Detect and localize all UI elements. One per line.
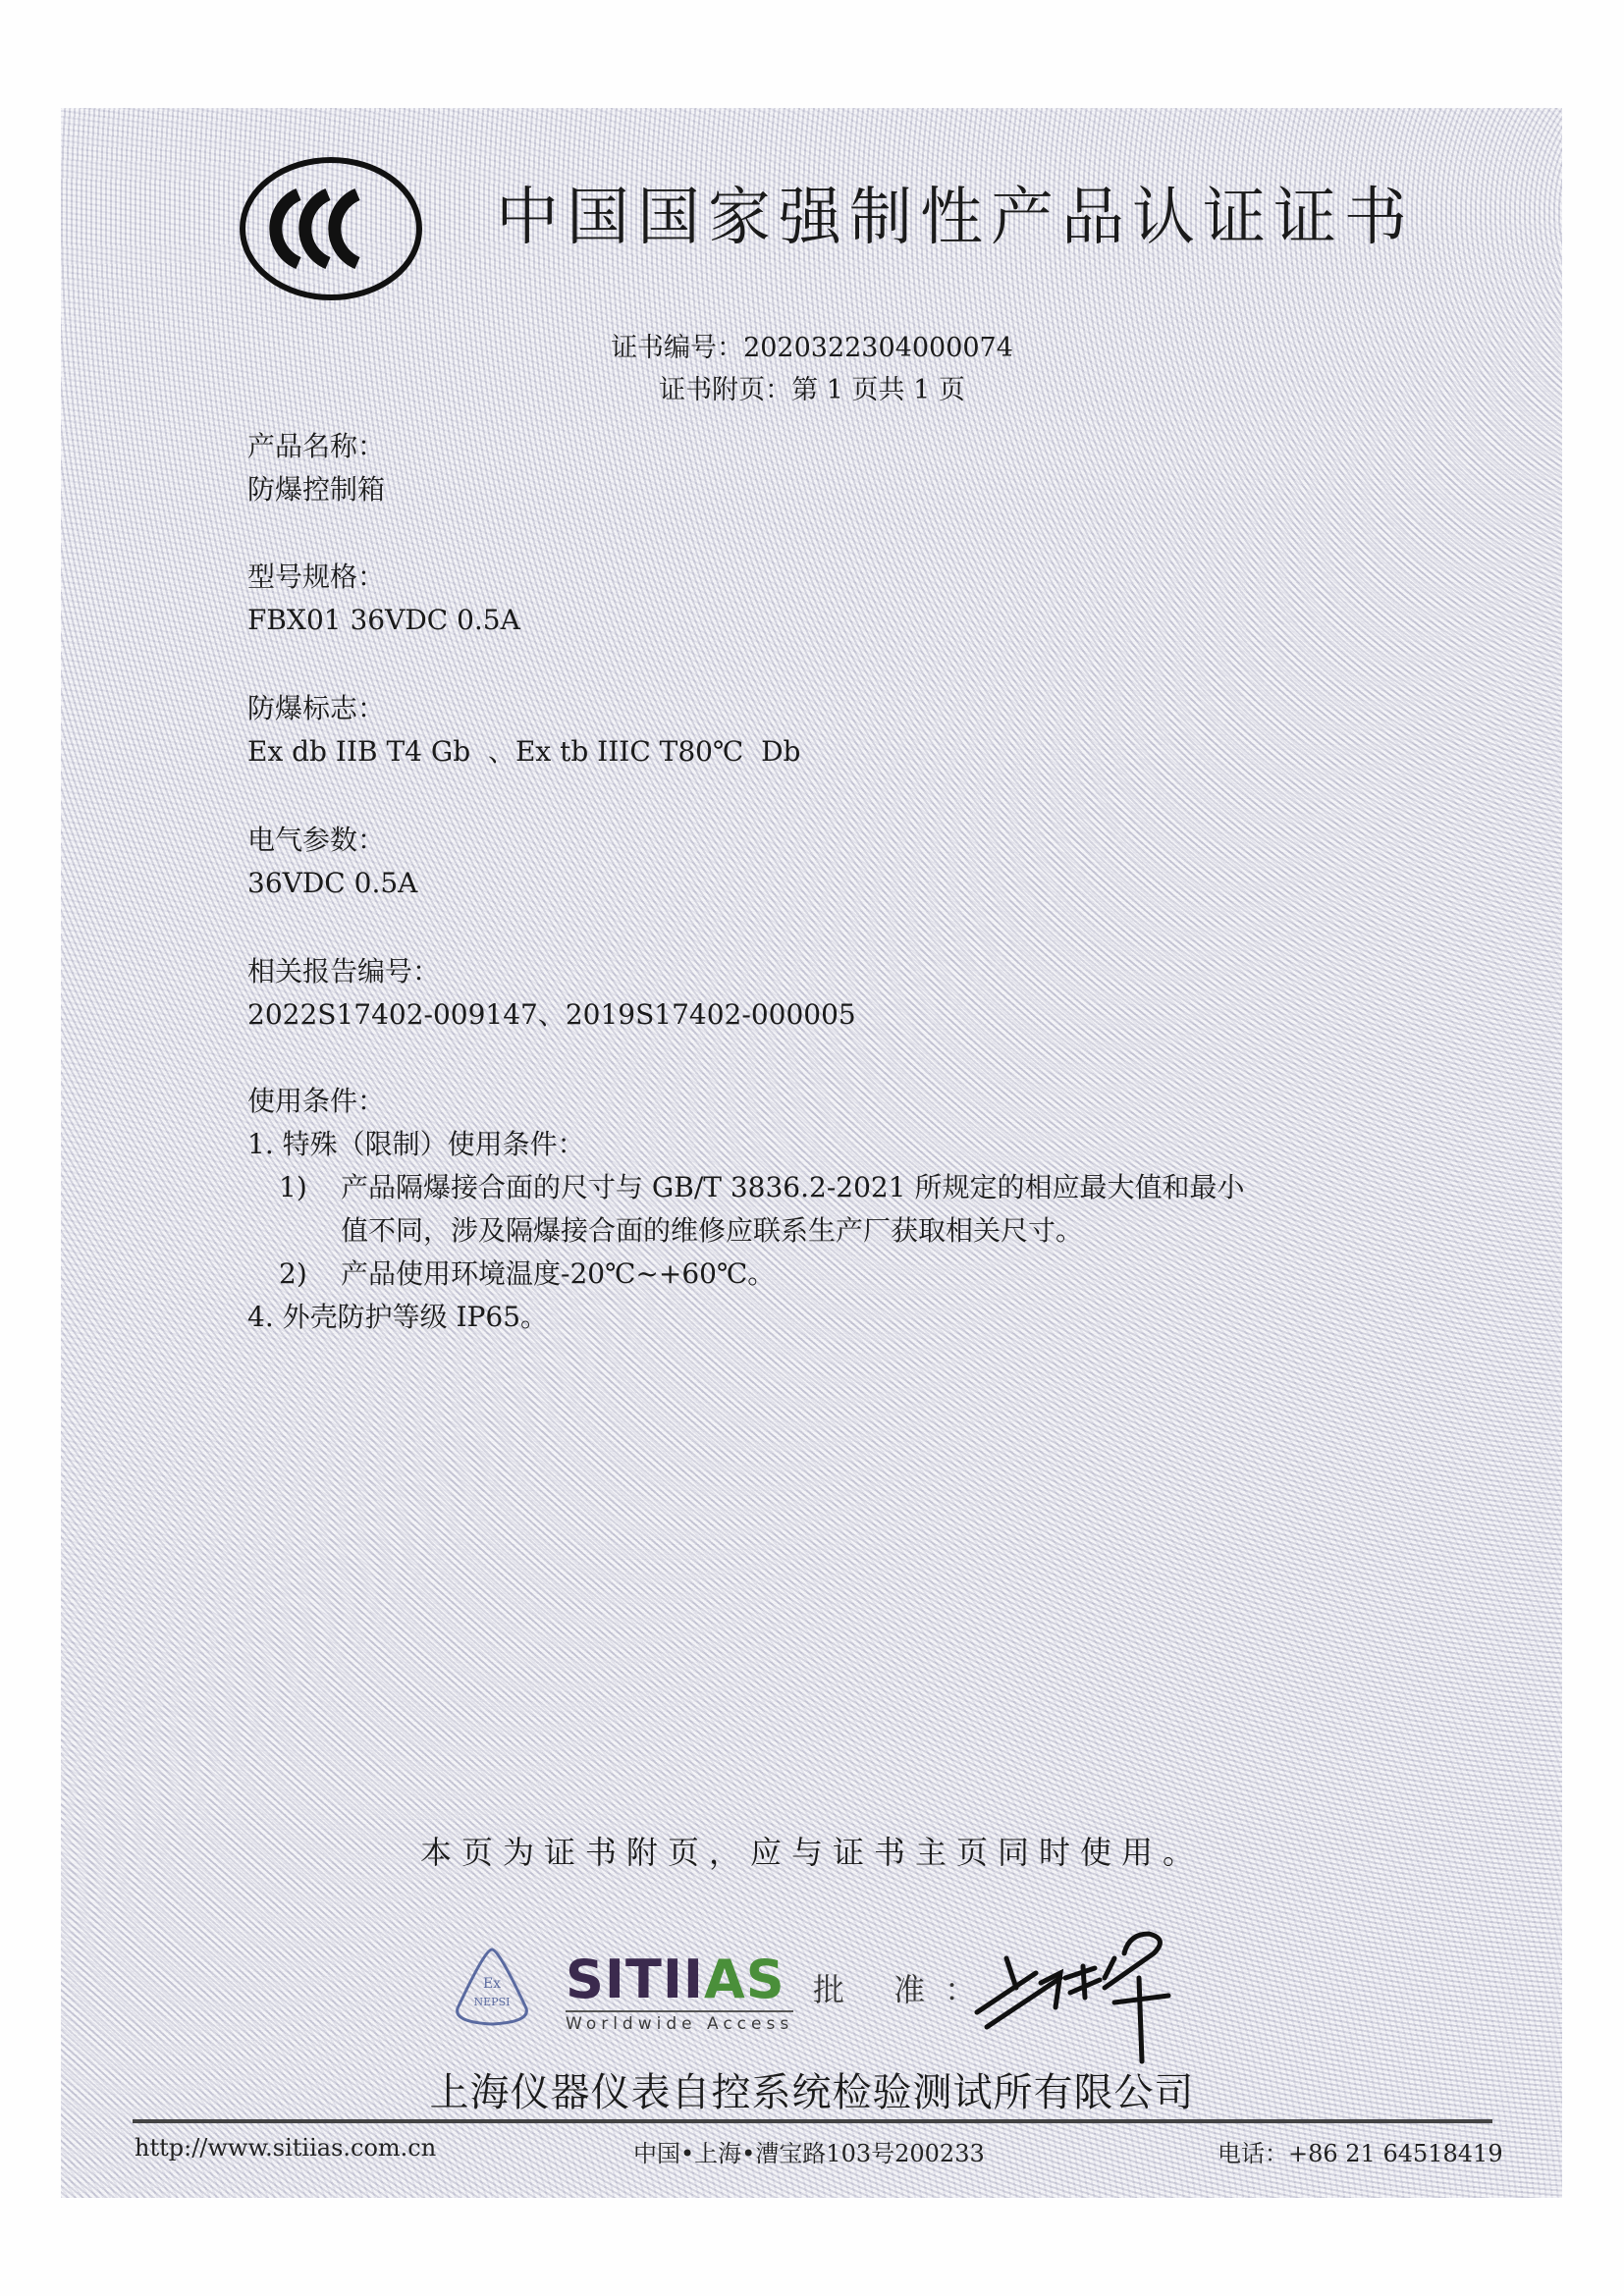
footer-divider bbox=[133, 2119, 1492, 2123]
field-value: FBX01 36VDC 0.5A bbox=[247, 599, 520, 642]
sub-text: 产品隔爆接合面的尺寸与 GB/T 3836.2-2021 所规定的相应最大值和最… bbox=[341, 1171, 1244, 1203]
attachment-page: 证书附页：第 1 页共 1 页 bbox=[0, 371, 1624, 410]
field-product-name: 产品名称： 防爆控制箱 bbox=[247, 425, 385, 511]
field-label: 防爆标志： bbox=[247, 687, 800, 730]
field-value: Ex db IIB T4 Gb 、Ex tb IIIC T80℃ Db bbox=[247, 730, 800, 774]
field-label: 相关报告编号： bbox=[247, 950, 856, 993]
svg-text:Ex: Ex bbox=[483, 1976, 501, 1992]
condition-sub-2: 2) 产品使用环境温度-20℃~+60℃。 bbox=[247, 1253, 1244, 1296]
footer-url[interactable]: http://www.sitiias.com.cn bbox=[135, 2134, 436, 2162]
field-label: 电气参数： bbox=[247, 819, 417, 862]
attachment-label: 证书附页： bbox=[659, 375, 791, 405]
field-reports: 相关报告编号： 2022S17402-009147、2019S17402-000… bbox=[247, 950, 856, 1037]
svg-text:NEPSI: NEPSI bbox=[474, 1996, 511, 2008]
certificate-number-label: 证书编号： bbox=[611, 333, 743, 363]
sitiias-tagline: Worldwide Access bbox=[566, 2010, 793, 2034]
certificate-number: 证书编号：2020322304000074 bbox=[0, 329, 1624, 368]
sitiias-main: SITII bbox=[566, 1949, 704, 2010]
sub-number: 1) bbox=[279, 1166, 307, 1209]
footer-address: 中国•上海•漕宝路103号200233 bbox=[633, 2134, 985, 2168]
condition-sub-1-cont: 值不同，涉及隔爆接合面的维修应联系生产厂获取相关尺寸。 bbox=[247, 1209, 1244, 1253]
sitiias-logo: SITIIAS Worldwide Access bbox=[566, 1953, 793, 2034]
sub-text: 产品使用环境温度-20℃~+60℃。 bbox=[341, 1257, 775, 1290]
certificate-title: 中国国家强制性产品认证证书 bbox=[496, 187, 1415, 249]
sitiias-wordmark: SITIIAS bbox=[566, 1953, 793, 2006]
footer-phone: 电话：+86 21 64518419 bbox=[1218, 2134, 1503, 2168]
field-model: 型号规格： FBX01 36VDC 0.5A bbox=[247, 556, 520, 642]
attachment-note: 本页为证书附页，应与证书主页同时使用。 bbox=[0, 1828, 1624, 1873]
sub-number: 2) bbox=[279, 1253, 307, 1296]
field-label: 型号规格： bbox=[247, 556, 520, 599]
field-ex-marking: 防爆标志： Ex db IIB T4 Gb 、Ex tb IIIC T80℃ D… bbox=[247, 687, 800, 774]
field-value: 36VDC 0.5A bbox=[247, 862, 417, 905]
sitiias-accent: AS bbox=[704, 1949, 785, 2010]
ccc-logo-icon bbox=[238, 155, 424, 302]
issuer-company: 上海仪器仪表自控系统检验测试所有限公司 bbox=[0, 2061, 1624, 2117]
field-electrical: 电气参数： 36VDC 0.5A bbox=[247, 819, 417, 905]
condition-item-1: 1. 特殊（限制）使用条件： bbox=[247, 1123, 1244, 1166]
attachment-pages: 第 1 页共 1 页 bbox=[791, 375, 965, 405]
certificate-number-value: 2020322304000074 bbox=[743, 333, 1013, 363]
field-value: 防爆控制箱 bbox=[247, 468, 385, 511]
conditions-section: 使用条件： 1. 特殊（限制）使用条件： 1) 产品隔爆接合面的尺寸与 GB/T… bbox=[247, 1080, 1244, 1339]
field-label: 产品名称： bbox=[247, 425, 385, 468]
condition-sub-1: 1) 产品隔爆接合面的尺寸与 GB/T 3836.2-2021 所规定的相应最大… bbox=[247, 1166, 1244, 1209]
nepsi-logo-icon: Ex NEPSI bbox=[448, 1944, 536, 2032]
field-value: 2022S17402-009147、2019S17402-000005 bbox=[247, 993, 856, 1037]
signature-icon bbox=[967, 1919, 1183, 2066]
condition-item-4: 4. 外壳防护等级 IP65。 bbox=[247, 1296, 1244, 1339]
conditions-label: 使用条件： bbox=[247, 1080, 1244, 1123]
